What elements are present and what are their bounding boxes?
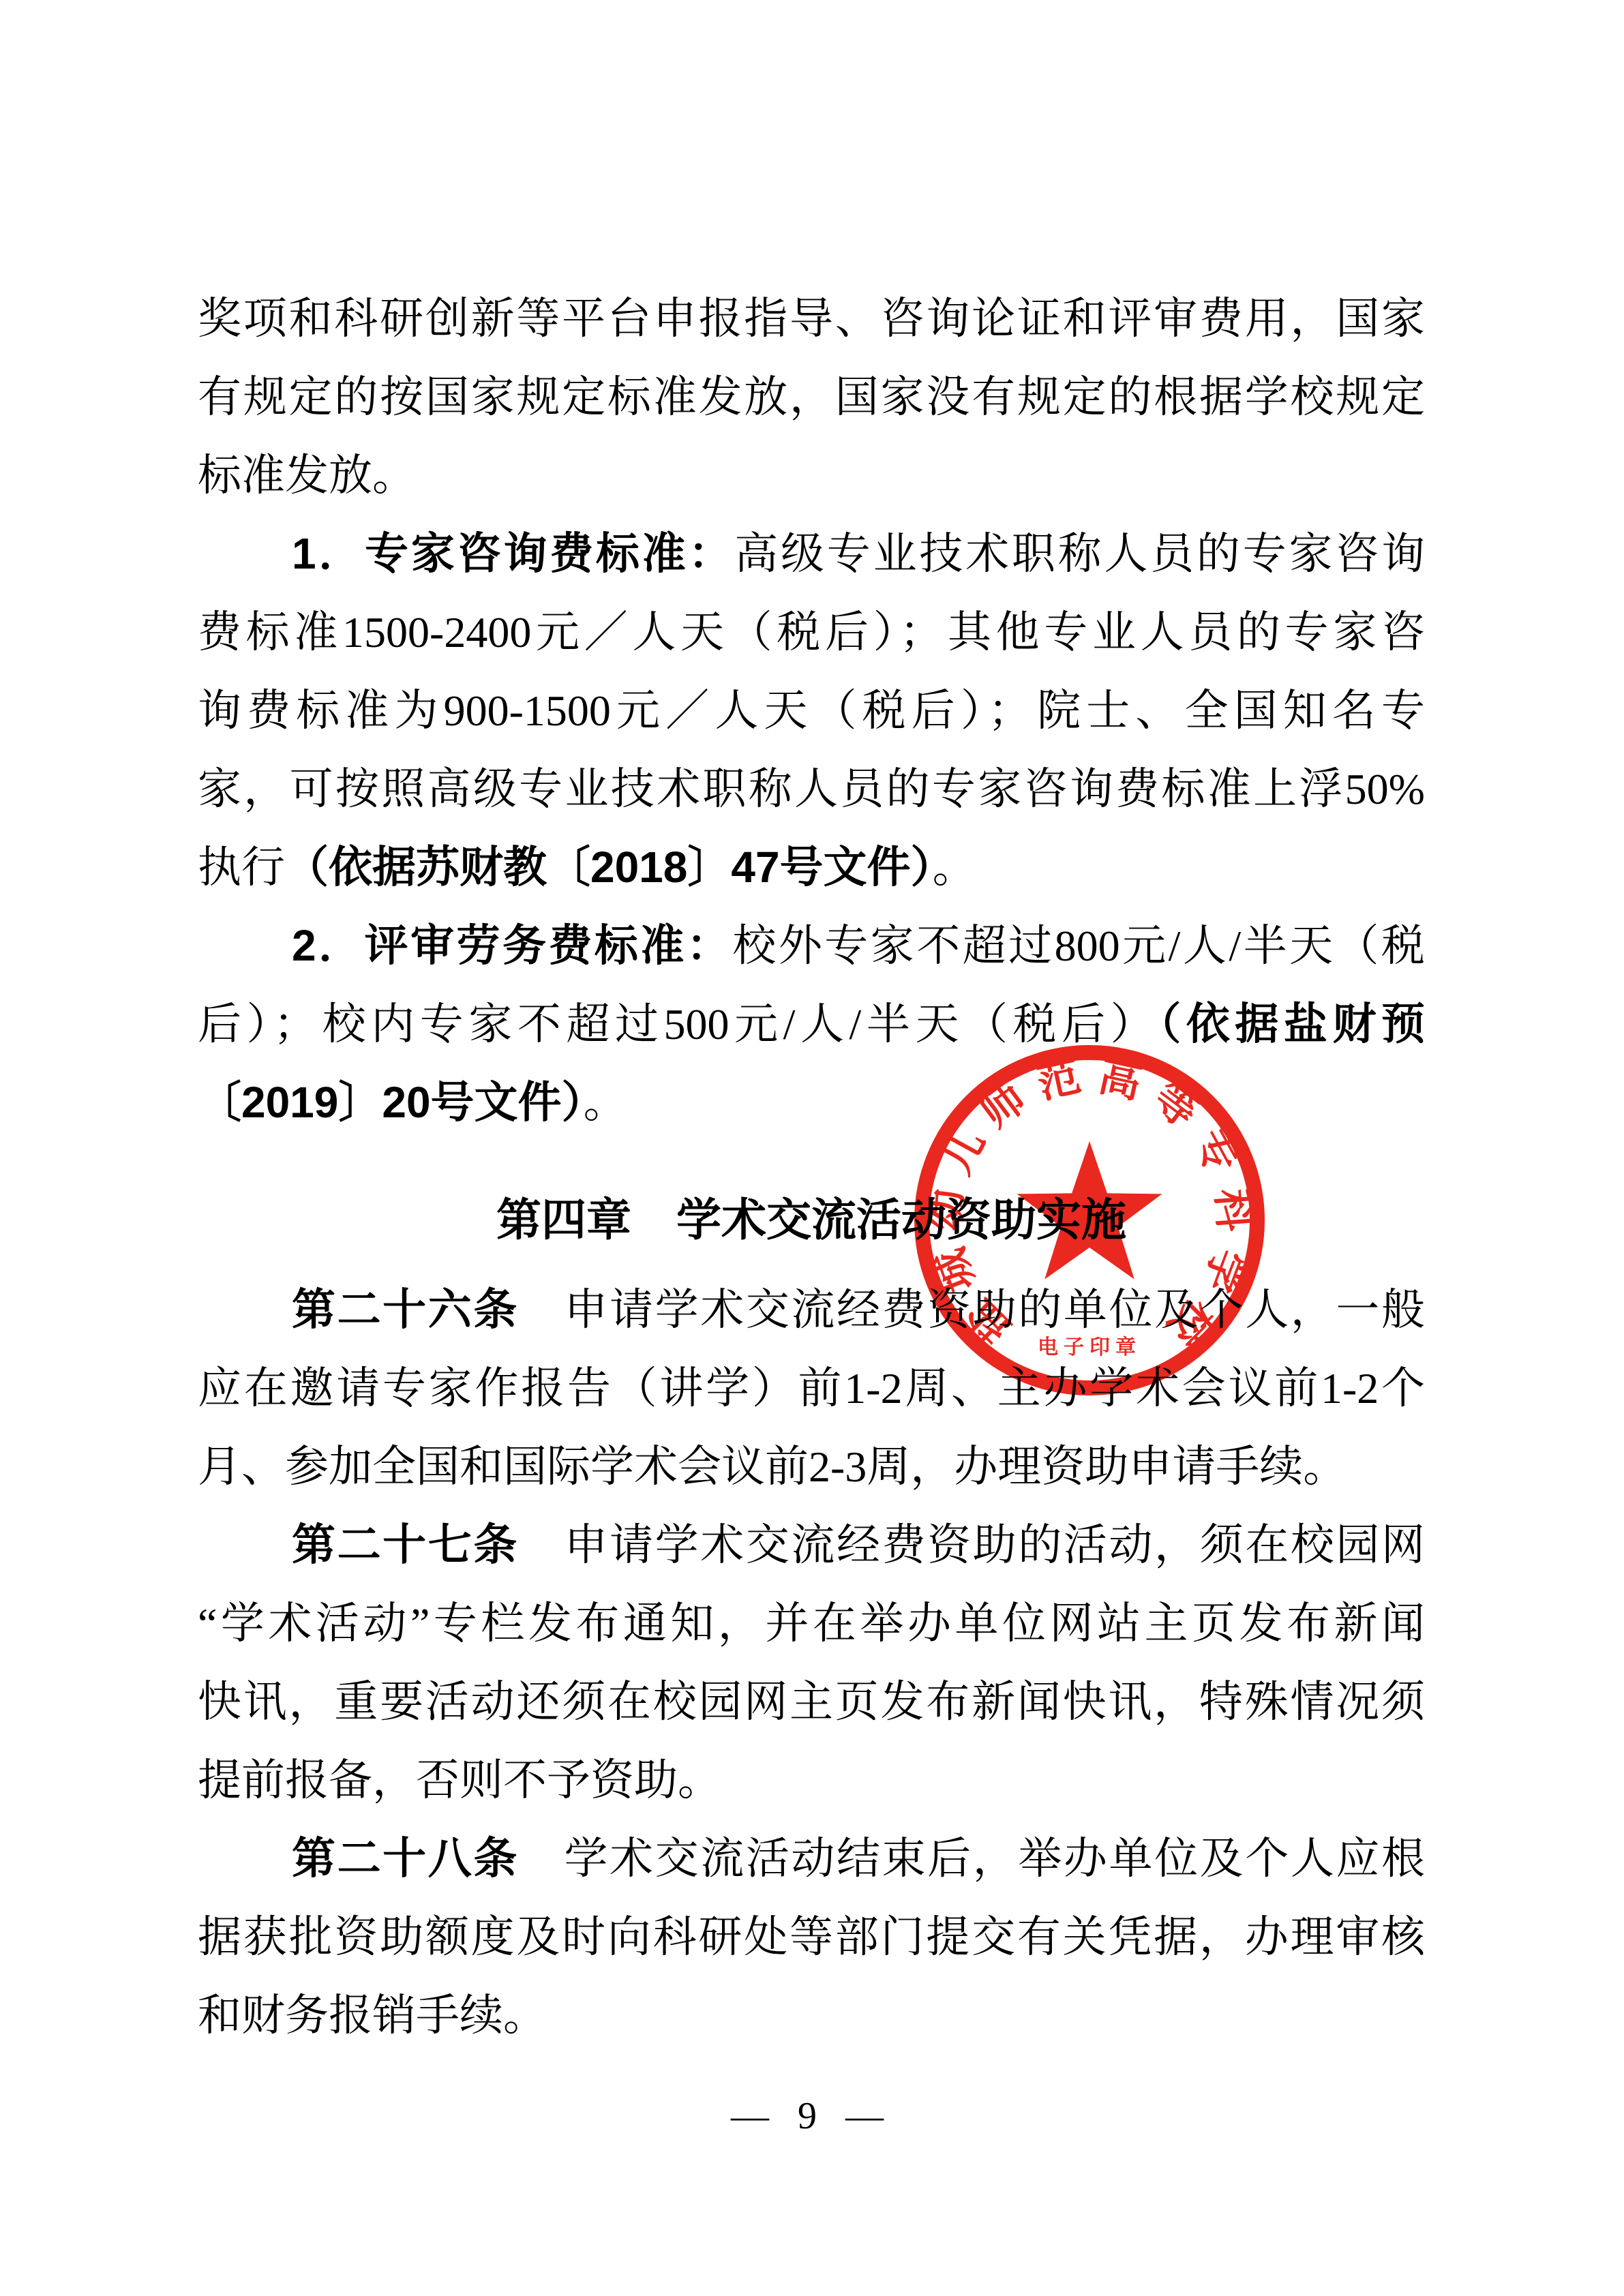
- body-line: 〔2019〕20号文件）。: [198, 1063, 1425, 1142]
- body-line: “学术活动”专栏发布通知，并在举办单位网站主页发布新闻: [198, 1584, 1425, 1663]
- text-run: 家，可按照高级专业技术职称人员的专家咨询费标准上浮50%: [198, 765, 1425, 813]
- body-line: 提前报备，否则不予资助。: [198, 1741, 1425, 1819]
- text-run: 申请学术交流经费资助的活动，须在校园网: [519, 1521, 1425, 1569]
- text-run: 学术交流活动结束后，举办单位及个人应根: [519, 1834, 1425, 1883]
- body-line: 快讯，重要活动还须在校园网主页发布新闻快讯，特殊情况须: [198, 1663, 1425, 1741]
- body-line: 执行（依据苏财教〔2018〕47号文件）。: [198, 828, 1425, 907]
- text-run: 费标准1500-2400元／人天（税后）；其他专业人员的专家咨: [198, 608, 1425, 656]
- text-run: 。: [933, 843, 976, 892]
- text-run: 快讯，重要活动还须在校园网主页发布新闻快讯，特殊情况须: [198, 1678, 1425, 1726]
- body-line: 询费标准为900-1500元／人天（税后）；院士、全国知名专: [198, 671, 1425, 750]
- text-run: 据获批资助额度及时向科研处等部门提交有关凭据，办理审核: [198, 1913, 1425, 1961]
- text-run: 。: [584, 1078, 627, 1127]
- chapter-heading: 第四章 学术交流活动资助实施: [198, 1181, 1425, 1259]
- body-line: 后）；校内专家不超过500元/人/半天（税后）（依据盐财预: [198, 985, 1425, 1063]
- document-body: 奖项和科研创新等平台申报指导、咨询论证和评审费用，国家 有规定的按国家规定标准发…: [198, 280, 1425, 2055]
- page-number: — 9 —: [0, 2094, 1624, 2138]
- body-line: 应在邀请专家作报告（讲学）前1-2周、主办学术会议前1-2个: [198, 1349, 1425, 1428]
- body-line: 据获批资助额度及时向科研处等部门提交有关凭据，办理审核: [198, 1898, 1425, 1976]
- body-line: 标准发放。: [198, 436, 1425, 515]
- text-run-bold: 2．评审劳务费标准：: [292, 921, 732, 970]
- text-run: 执行: [198, 843, 285, 892]
- body-line: 第二十八条 学术交流活动结束后，举办单位及个人应根: [198, 1819, 1425, 1898]
- text-run: 申请学术交流经费资助的单位及个人，一般: [519, 1286, 1425, 1334]
- text-run: 应在邀请专家作报告（讲学）前1-2周、主办学术会议前1-2个: [198, 1364, 1425, 1413]
- body-line: 奖项和科研创新等平台申报指导、咨询论证和评审费用，国家: [198, 280, 1425, 358]
- body-line: 月、参加全国和国际学术会议前2-3周，办理资助申请手续。: [198, 1428, 1425, 1506]
- article-number: 第二十八条: [292, 1834, 519, 1883]
- body-line: 1．专家咨询费标准：高级专业技术职称人员的专家咨询: [198, 515, 1425, 593]
- text-run: 月、参加全国和国际学术会议前2-3周，办理资助申请手续。: [198, 1442, 1347, 1491]
- body-line: 家，可按照高级专业技术职称人员的专家咨询费标准上浮50%: [198, 750, 1425, 828]
- text-run: 有规定的按国家规定标准发放，国家没有规定的根据学校规定: [198, 373, 1425, 421]
- text-run: 奖项和科研创新等平台申报指导、咨询论证和评审费用，国家: [198, 294, 1425, 343]
- body-line: 和财务报销手续。: [198, 1976, 1425, 2055]
- text-run: 高级专业技术职称人员的专家咨询: [734, 530, 1425, 578]
- body-line: 有规定的按国家规定标准发放，国家没有规定的根据学校规定: [198, 358, 1425, 436]
- text-run: 询费标准为900-1500元／人天（税后）；院士、全国知名专: [198, 686, 1425, 735]
- article-number: 第二十六条: [292, 1285, 519, 1334]
- text-run-bold: 〔2019〕20号文件）: [198, 1078, 584, 1127]
- text-run: 提前报备，否则不予资助。: [198, 1756, 721, 1804]
- body-line: 第二十七条 申请学术交流经费资助的活动，须在校园网: [198, 1506, 1425, 1584]
- text-run: “学术活动”专栏发布通知，并在举办单位网站主页发布新闻: [198, 1599, 1425, 1648]
- body-line: 第二十六条 申请学术交流经费资助的单位及个人，一般: [198, 1271, 1425, 1349]
- text-run: 标准发放。: [198, 451, 416, 500]
- body-line: 2．评审劳务费标准：校外专家不超过800元/人/半天（税: [198, 907, 1425, 985]
- chapter-heading-text: 第四章 学术交流活动资助实施: [496, 1194, 1126, 1245]
- body-line: 费标准1500-2400元／人天（税后）；其他专业人员的专家咨: [198, 593, 1425, 671]
- document-page: 奖项和科研创新等平台申报指导、咨询论证和评审费用，国家 有规定的按国家规定标准发…: [0, 0, 1624, 2296]
- text-run-bold: （依据盐财预: [1159, 999, 1425, 1048]
- text-run: 校外专家不超过800元/人/半天（税: [732, 922, 1425, 970]
- text-run-bold: （依据苏财教〔2018〕47号文件）: [285, 843, 933, 892]
- text-run: 和财务报销手续。: [198, 1991, 547, 2040]
- text-run: 后）；校内专家不超过500元/人/半天（税后）: [198, 1000, 1159, 1048]
- text-run-bold: 1．专家咨询费标准：: [292, 529, 734, 578]
- article-number: 第二十七条: [292, 1520, 519, 1569]
